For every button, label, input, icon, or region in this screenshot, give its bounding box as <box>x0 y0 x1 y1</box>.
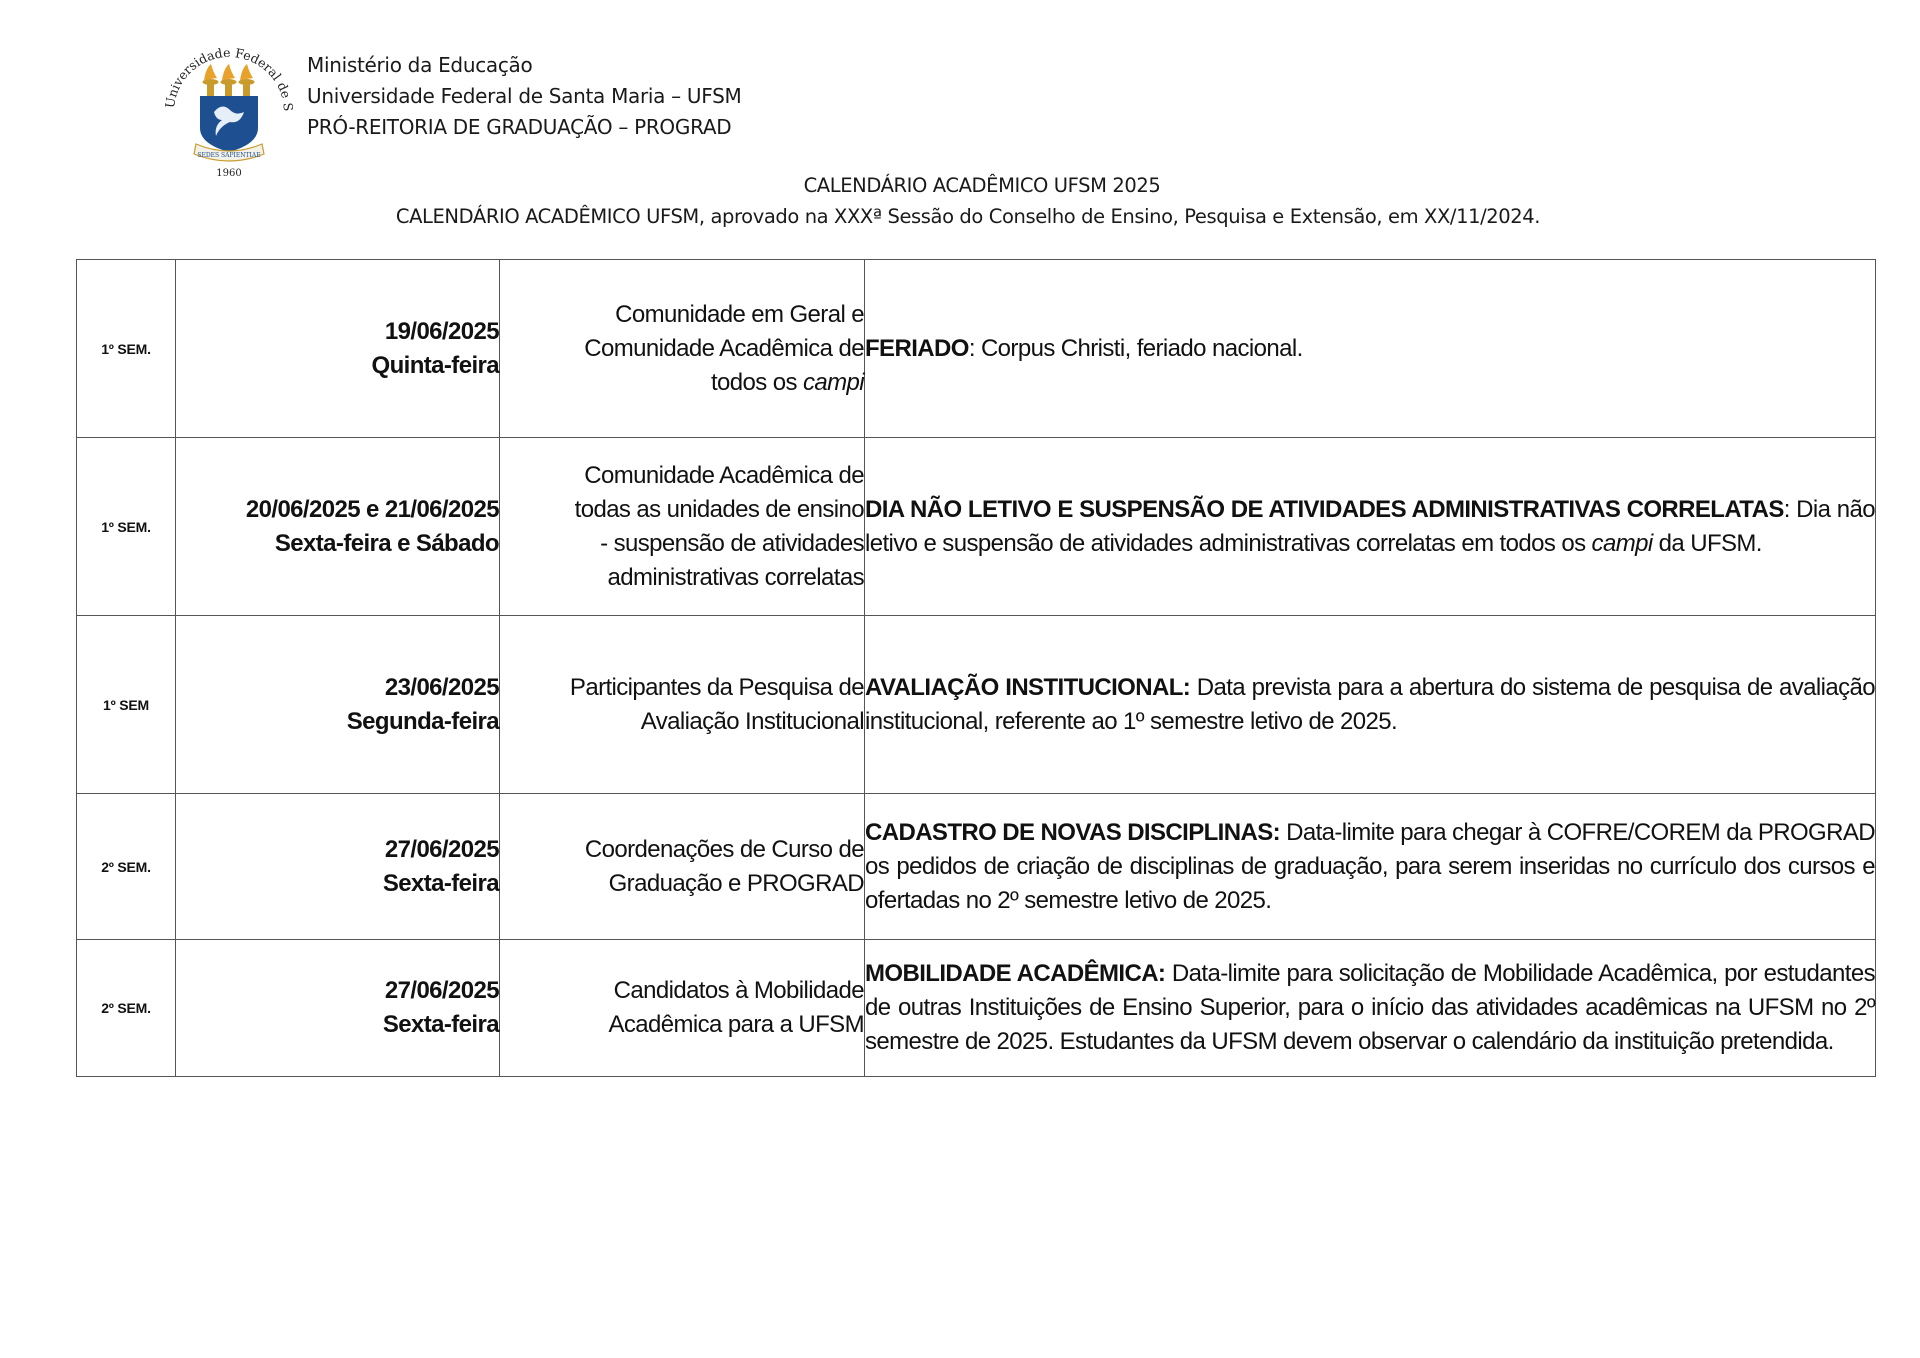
date-cell: 23/06/2025 Segunda-feira <box>176 616 500 794</box>
table-row: 2º SEM. 27/06/2025 Sexta-feira Coordenaç… <box>77 794 1876 940</box>
description-cell: FERIADO: Corpus Christi, feriado naciona… <box>865 260 1876 438</box>
audience-line: Participantes da Pesquisa de <box>500 671 864 705</box>
audience-line: Comunidade Acadêmica de <box>500 459 864 493</box>
pro-rectory-name: PRÓ-REITORIA DE GRADUAÇÃO – PROGRAD <box>307 112 741 143</box>
audience-line: - suspensão de atividades <box>500 527 864 561</box>
table-row: 2º SEM. 27/06/2025 Sexta-feira Candidato… <box>77 940 1876 1077</box>
document-title: CALENDÁRIO ACADÊMICO UFSM 2025 <box>22 174 1920 197</box>
description-cell: AVALIAÇÃO INSTITUCIONAL: Data prevista p… <box>865 616 1876 794</box>
event-title: DIA NÃO LETIVO E SUSPENSÃO DE ATIVIDADES… <box>865 496 1784 523</box>
seal-ribbon-text: SEDES SAPIENTIAE <box>197 152 260 159</box>
ministry-name: Ministério da Educação <box>307 50 741 81</box>
date-cell: 20/06/2025 e 21/06/2025 Sexta-feira e Sá… <box>176 438 500 616</box>
semester-cell: 2º SEM. <box>77 940 176 1077</box>
table-row: 1º SEM. 20/06/2025 e 21/06/2025 Sexta-fe… <box>77 438 1876 616</box>
event-italic: campi <box>1592 530 1653 557</box>
audience-line: Avaliação Institucional <box>500 705 864 739</box>
weekday: Sexta-feira <box>176 1008 499 1042</box>
description-cell: DIA NÃO LETIVO E SUSPENSÃO DE ATIVIDADES… <box>865 438 1876 616</box>
date: 27/06/2025 <box>176 974 499 1008</box>
audience-line: Comunidade em Geral e <box>500 298 864 332</box>
semester-cell: 1º SEM. <box>77 260 176 438</box>
weekday: Segunda-feira <box>176 705 499 739</box>
description-cell: MOBILIDADE ACADÊMICA: Data-limite para s… <box>865 940 1876 1077</box>
weekday: Quinta-feira <box>176 349 499 383</box>
university-name: Universidade Federal de Santa Maria – UF… <box>307 81 741 112</box>
audience-line: Candidatos à Mobilidade <box>500 974 864 1008</box>
weekday: Sexta-feira e Sábado <box>176 527 499 561</box>
audience-line: todas as unidades de ensino <box>500 493 864 527</box>
event-title: MOBILIDADE ACADÊMICA: <box>865 960 1165 987</box>
audience-cell: Comunidade em Geral e Comunidade Acadêmi… <box>500 260 865 438</box>
weekday: Sexta-feira <box>176 867 499 901</box>
date: 27/06/2025 <box>176 833 499 867</box>
date: 20/06/2025 e 21/06/2025 <box>176 493 499 527</box>
audience-cell: Participantes da Pesquisa de Avaliação I… <box>500 616 865 794</box>
audience-italic: campi <box>803 369 864 396</box>
event-title: AVALIAÇÃO INSTITUCIONAL: <box>865 674 1190 701</box>
audience-cell: Coordenações de Curso de Graduação e PRO… <box>500 794 865 940</box>
audience-line: Graduação e PROGRAD <box>500 867 864 901</box>
date: 23/06/2025 <box>176 671 499 705</box>
event-text-tail: da UFSM. <box>1653 530 1762 557</box>
event-title: FERIADO <box>865 335 969 362</box>
event-text: : Corpus Christi, feriado nacional. <box>969 335 1303 362</box>
description-cell: CADASTRO DE NOVAS DISCIPLINAS: Data-limi… <box>865 794 1876 940</box>
audience-line: Coordenações de Curso de <box>500 833 864 867</box>
audience-line: todos os campi <box>500 366 864 400</box>
audience-line: administrativas correlatas <box>500 561 864 595</box>
audience-text: todos os <box>711 369 803 396</box>
document-subtitle: CALENDÁRIO ACADÊMICO UFSM, aprovado na X… <box>8 205 1920 228</box>
table-row: 1º SEM. 19/06/2025 Quinta-feira Comunida… <box>77 260 1876 438</box>
institution-header: Ministério da Educação Universidade Fede… <box>307 50 741 143</box>
semester-cell: 2º SEM. <box>77 794 176 940</box>
semester-cell: 1º SEM <box>77 616 176 794</box>
date-cell: 27/06/2025 Sexta-feira <box>176 940 500 1077</box>
audience-cell: Candidatos à Mobilidade Acadêmica para a… <box>500 940 865 1077</box>
ufsm-seal-icon: Universidade Federal de Santa Maria SEDE… <box>156 40 302 180</box>
audience-cell: Comunidade Acadêmica de todas as unidade… <box>500 438 865 616</box>
calendar-table: 1º SEM. 19/06/2025 Quinta-feira Comunida… <box>76 259 1876 1077</box>
table-row: 1º SEM 23/06/2025 Segunda-feira Particip… <box>77 616 1876 794</box>
date-cell: 19/06/2025 Quinta-feira <box>176 260 500 438</box>
date-cell: 27/06/2025 Sexta-feira <box>176 794 500 940</box>
audience-line: Acadêmica para a UFSM <box>500 1008 864 1042</box>
audience-line: Comunidade Acadêmica de <box>500 332 864 366</box>
date: 19/06/2025 <box>176 315 499 349</box>
semester-cell: 1º SEM. <box>77 438 176 616</box>
event-title: CADASTRO DE NOVAS DISCIPLINAS: <box>865 819 1280 846</box>
